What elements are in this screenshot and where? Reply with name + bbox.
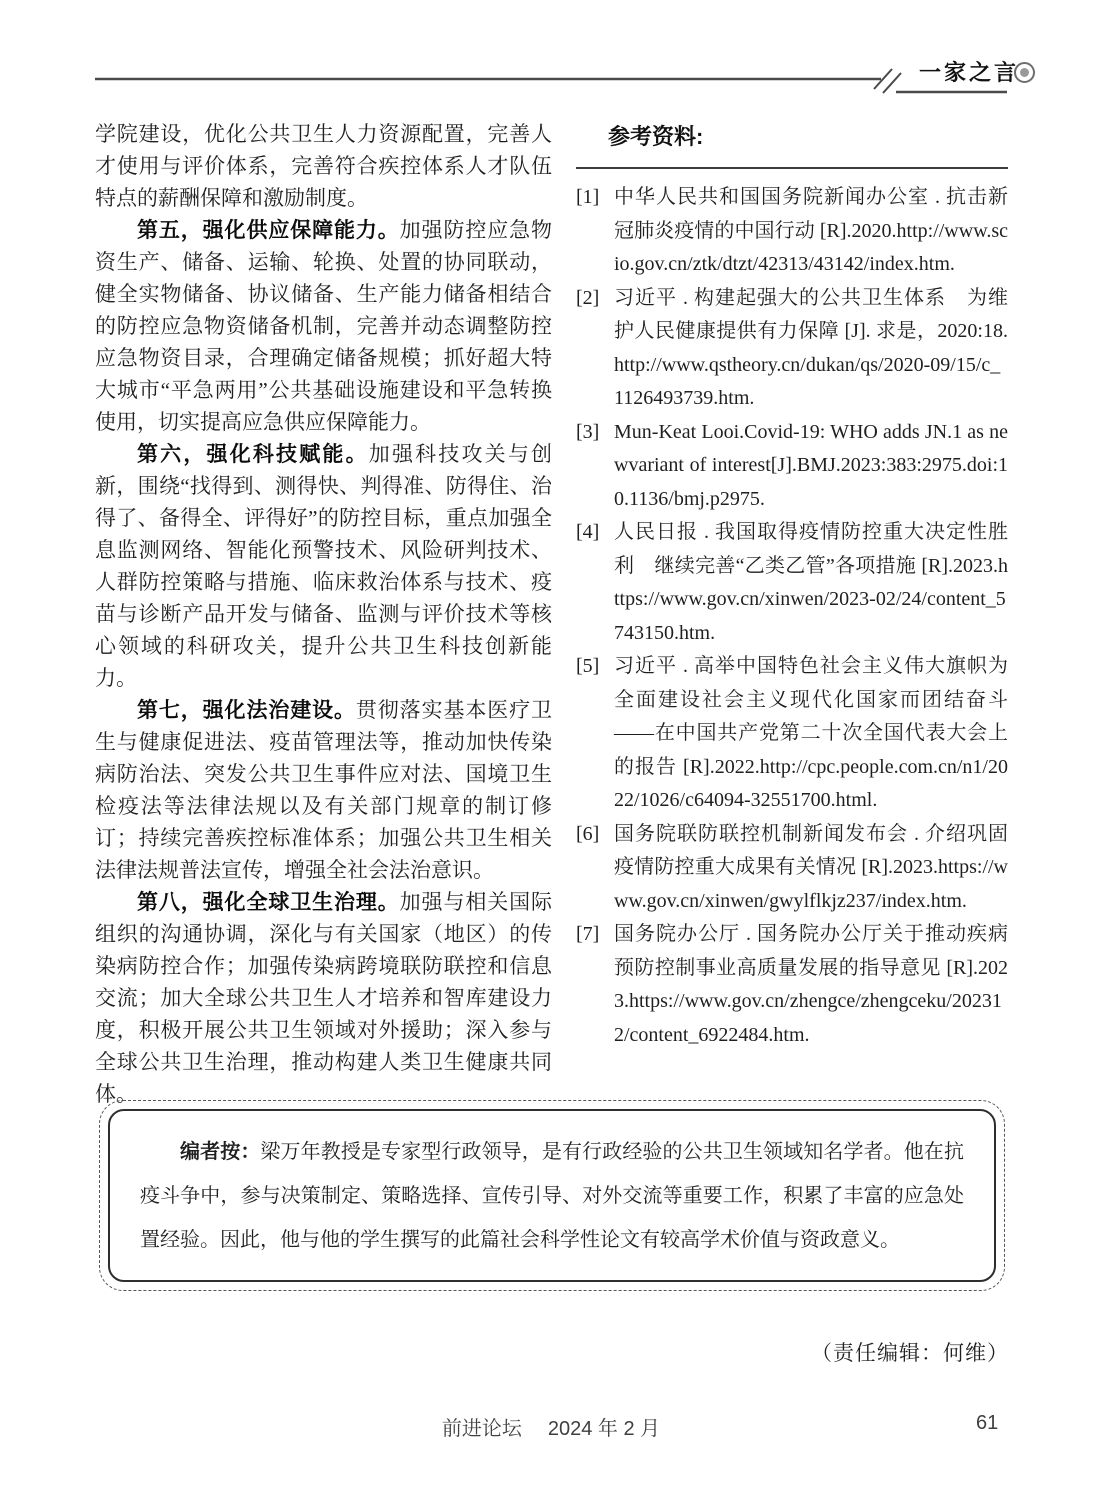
reference-item: [7]国务院办公厅 . 国务院办公厅关于推动疾病预防控制事业高质量发展的指导意见… [576, 918, 1008, 1052]
article-paragraph: 第六，强化科技赋能。加强科技攻关与创新，围绕“找得到、测得快、判得准、防得住、治… [95, 438, 552, 694]
reference-item: [3]Mun-Keat Looi.Covid-19: WHO adds JN.1… [576, 416, 1008, 517]
article-paragraph: 第八，强化全球卫生治理。加强与相关国际组织的沟通协调，深化与有关国家（地区）的传… [95, 886, 552, 1110]
journal-page: 一家之言 学院建设，优化公共卫生人力资源配置，完善人才使用与评价体系，完善符合疾… [0, 0, 1102, 1496]
reference-item: [5]习近平 . 高举中国特色社会主义伟大旗帜为全面建设社会主义现代化国家而团结… [576, 650, 1008, 818]
editor-note-inner-border: 编者按：梁万年教授是专家型行政领导，是有行政经验的公共卫生领域知名学者。他在抗疫… [108, 1109, 996, 1282]
reference-text: 人民日报 . 我国取得疫情防控重大决定性胜利 继续完善“乙类乙管”各项措施 [R… [614, 516, 1008, 650]
paragraph-lead: 第八，强化全球卫生治理。 [137, 890, 400, 914]
page-footer: 前进论坛 2024 年 2 月 61 [0, 1412, 1102, 1442]
reference-number: [2] [576, 282, 614, 416]
reference-item: [1]中华人民共和国国务院新闻办公室 . 抗击新冠肺炎疫情的中国行动 [R].2… [576, 181, 1008, 282]
references-title: 参考资料: [608, 120, 1008, 151]
article-paragraph: 第七，强化法治建设。贯彻落实基本医疗卫生与健康促进法、疫苗管理法等，推动加快传染… [95, 694, 552, 886]
paragraph-lead: 第六，强化科技赋能。 [137, 442, 369, 466]
responsible-editor-credit: （责任编辑：何维） [811, 1337, 1009, 1367]
reference-number: [5] [576, 650, 614, 818]
reference-item: [6]国务院联防联控机制新闻发布会 . 介绍巩固疫情防控重大成果有关情况 [R]… [576, 818, 1008, 919]
editor-note-body: 梁万年教授是专家型行政领导，是有行政经验的公共卫生领域知名学者。他在抗疫斗争中，… [140, 1141, 964, 1251]
paragraph-lead: 第五，强化供应保障能力。 [137, 218, 400, 242]
paragraph-lead: 第七，强化法治建设。 [137, 698, 356, 722]
reference-text: 习近平 . 高举中国特色社会主义伟大旗帜为全面建设社会主义现代化国家而团结奋斗—… [614, 650, 1008, 818]
reference-text: 国务院联防联控机制新闻发布会 . 介绍巩固疫情防控重大成果有关情况 [R].20… [614, 818, 1008, 919]
editor-note-text: 编者按：梁万年教授是专家型行政领导，是有行政经验的公共卫生领域知名学者。他在抗疫… [140, 1130, 964, 1262]
paragraph-text: 加强防控应急物资生产、储备、运输、轮换、处置的协同联动，健全实物储备、协议储备、… [95, 218, 552, 434]
paragraph-text: 学院建设，优化公共卫生人力资源配置，完善人才使用与评价体系，完善符合疾控体系人才… [95, 122, 552, 210]
reference-number: [4] [576, 516, 614, 650]
reference-text: 国务院办公厅 . 国务院办公厅关于推动疾病预防控制事业高质量发展的指导意见 [R… [614, 918, 1008, 1052]
issue-date: 2024 年 2 月 [548, 1412, 660, 1441]
header-rule-line [95, 55, 1010, 101]
references-divider [576, 167, 1008, 169]
article-paragraph: 第五，强化供应保障能力。加强防控应急物资生产、储备、运输、轮换、处置的协同联动，… [95, 214, 552, 438]
header-rule [95, 55, 1010, 101]
journal-name: 前进论坛 [442, 1412, 522, 1441]
reference-text: 中华人民共和国国务院新闻办公室 . 抗击新冠肺炎疫情的中国行动 [R].2020… [614, 181, 1008, 282]
bullseye-icon [1014, 62, 1035, 83]
page-number: 61 [976, 1412, 998, 1435]
references-section: 参考资料: [1]中华人民共和国国务院新闻办公室 . 抗击新冠肺炎疫情的中国行动… [576, 120, 1008, 1052]
reference-text: Mun-Keat Looi.Covid-19: WHO adds JN.1 as… [614, 416, 1008, 517]
references-list: [1]中华人民共和国国务院新闻办公室 . 抗击新冠肺炎疫情的中国行动 [R].2… [576, 181, 1008, 1052]
reference-item: [2]习近平 . 构建起强大的公共卫生体系 为维护人民健康提供有力保障 [J].… [576, 282, 1008, 416]
reference-number: [7] [576, 918, 614, 1052]
paragraph-text: 加强科技攻关与创新，围绕“找得到、测得快、判得准、防得住、治得了、备得全、评得好… [95, 442, 552, 690]
section-label: 一家之言 [919, 56, 1019, 87]
footer-journal-line: 前进论坛 2024 年 2 月 [0, 1412, 1102, 1441]
reference-item: [4]人民日报 . 我国取得疫情防控重大决定性胜利 继续完善“乙类乙管”各项措施… [576, 516, 1008, 650]
reference-text: 习近平 . 构建起强大的公共卫生体系 为维护人民健康提供有力保障 [J]. 求是… [614, 282, 1008, 416]
reference-number: [6] [576, 818, 614, 919]
article-paragraphs: 学院建设，优化公共卫生人力资源配置，完善人才使用与评价体系，完善符合疾控体系人才… [95, 118, 552, 1110]
editor-note-box: 编者按：梁万年教授是专家型行政领导，是有行政经验的公共卫生领域知名学者。他在抗疫… [99, 1100, 1005, 1291]
reference-number: [1] [576, 181, 614, 282]
article-paragraph: 学院建设，优化公共卫生人力资源配置，完善人才使用与评价体系，完善符合疾控体系人才… [95, 118, 552, 214]
editor-note-lead: 编者按： [180, 1141, 260, 1163]
reference-number: [3] [576, 416, 614, 517]
paragraph-text: 加强与相关国际组织的沟通协调，深化与有关国家（地区）的传染病防控合作；加强传染病… [95, 890, 552, 1106]
paragraph-text: 贯彻落实基本医疗卫生与健康促进法、疫苗管理法等，推动加快传染病防治法、突发公共卫… [95, 698, 552, 882]
